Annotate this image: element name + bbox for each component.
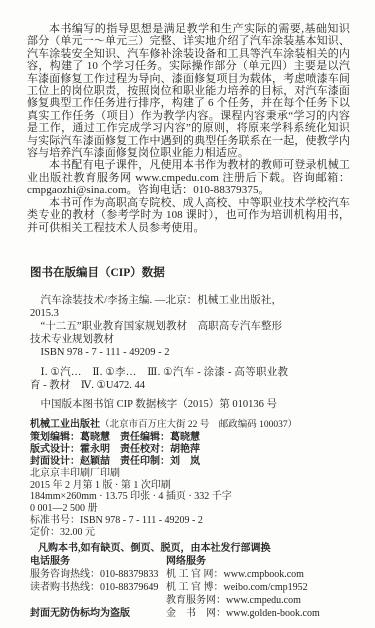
purchase-hotline: 读者购书热线：010-88379649 xyxy=(30,581,166,594)
service-columns: 电话服务 服务咨询热线：010-88379833 读者购书热线：010-8837… xyxy=(30,555,365,620)
spacer xyxy=(30,594,166,607)
cip-series-entry: “十二五”职业教育国家规划教材 高职高专汽车整形技术专业规划教材 xyxy=(30,320,282,346)
cip-title-entry: 汽车涂装技术/李扬主编. —北京：机械工业出版社，2015.3 xyxy=(30,294,282,320)
preface-paragraph-1: 本书编写的指导思想是满足教学和生产实际的需要,基础知识部分（单元一～单元三）完整… xyxy=(27,23,350,159)
book-copyright-page: 本书编写的指导思想是满足教学和生产实际的需要,基础知识部分（单元一～单元三）完整… xyxy=(0,0,375,628)
preface-paragraph-2: 本书配有电子课件，凡使用本书作为教材的教师可登录机械工业出版社教育服务网 www… xyxy=(27,159,350,196)
price-line: 定价：32.00 元 xyxy=(30,527,360,539)
print-run-line: 0 001—2 500 册 xyxy=(30,503,360,515)
credit-line-design-proof: 版式设计：霍永明 责任校对：胡艳萍 xyxy=(30,444,360,456)
network-service-column: 网络服务 机 工 官 网：www.cmpbook.com 机 工 官 博：wei… xyxy=(166,555,361,620)
cip-classification: Ⅰ. ①汽… Ⅱ. ①李… Ⅲ. ①汽车 - 涂漆 - 高等职业教育 - 教材 … xyxy=(30,366,288,392)
phone-service-heading: 电话服务 xyxy=(30,555,166,568)
credit-line-editors: 策划编辑：葛晓慧 责任编辑：葛晓慧 xyxy=(30,432,360,444)
standard-book-number: 标准书号：ISBN 978 - 7 - 111 - 49209 - 2 xyxy=(30,515,360,527)
replacement-notice: 凡购本书,如有缺页、倒页、脱页，由本社发行部调换 xyxy=(38,542,365,555)
credit-line-cover-print: 封面设计：赵颖喆 责任印制：刘 岚 xyxy=(30,456,360,468)
official-weibo-line: 机 工 官 博：weibo.com/cmp1952 xyxy=(166,581,361,594)
cip-isbn: ISBN 978 - 7 - 111 - 49209 - 2 xyxy=(30,346,282,359)
printer-line: 北京京丰印刷厂印刷 xyxy=(30,468,360,480)
service-section: 凡购本书,如有缺页、倒页、脱页，由本社发行部调换 电话服务 服务咨询热线：010… xyxy=(30,542,365,620)
anti-piracy-notice: 封面无防伪标均为盗版 xyxy=(30,607,166,620)
preface-section: 本书编写的指导思想是满足教学和生产实际的需要,基础知识部分（单元一～单元三）完整… xyxy=(27,23,350,234)
network-service-heading: 网络服务 xyxy=(166,555,361,568)
cip-entries: 汽车涂装技术/李扬主编. —北京：机械工业出版社，2015.3 “十二五”职业教… xyxy=(30,294,282,359)
official-website-line: 机 工 官 网：www.cmpbook.com xyxy=(166,568,361,581)
publisher-line: 机械工业出版社（北京市百万庄大街 22 号 邮政编码 100037） xyxy=(30,419,360,432)
edition-line: 2015 年 2 月第 1 版 · 第 1 次印刷 xyxy=(30,480,360,492)
golden-book-line: 金 书 网：www.golden-book.com xyxy=(166,607,361,620)
cip-section: 图书在版编目（CIP）数据 汽车涂装技术/李扬主编. —北京：机械工业出版社，2… xyxy=(30,267,340,411)
cip-registry-number: 中国版本图书馆 CIP 数据核字（2015）第 010136 号 xyxy=(30,398,340,411)
service-hotline: 服务咨询热线：010-88379833 xyxy=(30,568,166,581)
publisher-address: （北京市百万庄大街 22 号 邮政编码 100037） xyxy=(100,420,297,430)
education-service-line: 教育服务网：www.cmpedu.com xyxy=(166,594,361,607)
format-line: 184mm×260mm · 13.75 印张 · 4 插页 · 332 千字 xyxy=(30,491,360,503)
cip-heading: 图书在版编目（CIP）数据 xyxy=(30,267,340,280)
publication-info-section: 机械工业出版社（北京市百万庄大街 22 号 邮政编码 100037） 策划编辑：… xyxy=(30,419,360,539)
phone-service-column: 电话服务 服务咨询热线：010-88379833 读者购书热线：010-8837… xyxy=(30,555,166,620)
preface-paragraph-3: 本书可作为高职高专院校、成人高校、中等职业技术学校汽车类专业的教材（参考学时为 … xyxy=(27,197,350,234)
publisher-name: 机械工业出版社 xyxy=(30,419,100,430)
